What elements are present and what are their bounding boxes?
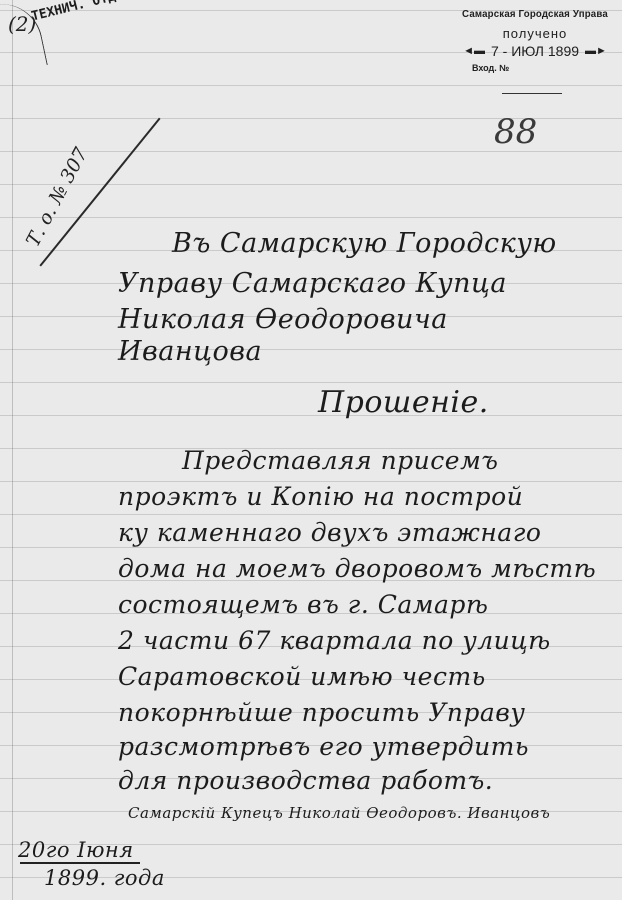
stamp-date-row: ◄▬ 7 - ИЮЛ 1899 ▬►: [452, 43, 618, 59]
page-number: 88: [494, 112, 537, 152]
date-note-line-2: 1899. года: [44, 866, 165, 890]
body-line-1: Представляя присемъ: [182, 446, 498, 475]
body-line-2: проэктъ и Копію на построй: [118, 482, 523, 511]
addressee-line-4: Иванцова: [118, 336, 262, 367]
margin-registration-note: Т. о. № 307: [22, 144, 92, 250]
body-line-5: состоящемъ въ г. Самарѣ: [118, 590, 488, 619]
body-line-3: ку каменнаго двухъ этажнаго: [118, 518, 541, 547]
body-line-10: для производства работъ.: [118, 766, 493, 795]
stamp-organization: Самарская Городская Управа: [459, 8, 612, 20]
date-note-line-1: 20го Іюня: [18, 838, 134, 862]
date-note-underline: [20, 862, 140, 864]
body-line-6: 2 части 67 квартала по улицѣ: [118, 626, 551, 655]
signature: Самарскій Купецъ Николай Өеодоровъ. Иван…: [128, 804, 550, 822]
petition-title: Прошеніе.: [318, 385, 489, 420]
body-line-9: разсмотрѣвъ его утвердить: [118, 732, 529, 761]
arrow-right-icon: ▬►: [585, 45, 607, 57]
body-line-8: покорнѣйше просить Управу: [118, 698, 525, 727]
arrow-left-icon: ◄▬: [463, 45, 485, 57]
stamp-entry-line: [502, 93, 562, 94]
margin-line: [12, 0, 13, 900]
received-stamp: Самарская Городская Управа получено ◄▬ 7…: [452, 6, 618, 102]
stamp-date: 7 - ИЮЛ 1899: [491, 43, 579, 59]
addressee-line-3: Николая Өеодоровича: [118, 304, 448, 335]
document-page: (2) ТЕХНИЧ. ОТДѢЛ. Самарская Городская У…: [0, 0, 622, 900]
body-line-4: дома на моемъ дворовомъ мѣстѣ: [118, 554, 596, 583]
stamp-received: получено: [452, 26, 618, 41]
body-line-7: Саратовской имѣю честь: [118, 662, 486, 691]
department-stamp: ТЕХНИЧ. ОТДѢЛ.: [30, 0, 140, 25]
stamp-entry-label: Вход. №: [472, 63, 618, 73]
addressee-line-1: Въ Самарскую Городскую: [172, 228, 557, 259]
addressee-line-2: Управу Самарскаго Купца: [118, 268, 507, 299]
